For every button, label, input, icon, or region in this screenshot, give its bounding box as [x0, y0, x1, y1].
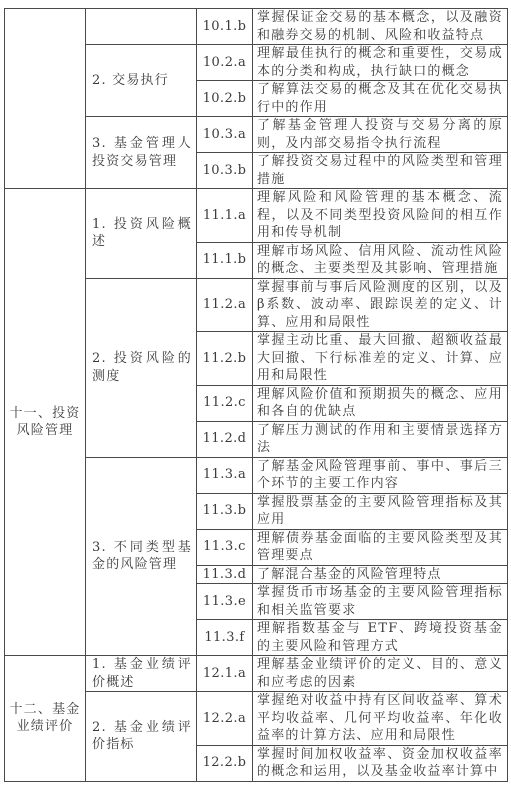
description-cell: 理解最佳执行的概念和重要性，交易成本的分类和构成，执行缺口的概念 [253, 45, 508, 81]
description-cell: 理解市场风险、信用风险、流动性风险的概念、主要类型及其影响、管理措施 [253, 242, 508, 278]
code-cell: 12.2.b [197, 745, 253, 781]
description-cell: 掌握保证金交易的基本概念，以及融资和融券交易的机制、风险和收益特点 [253, 9, 508, 45]
description-cell: 了解投资交易过程中的风险类型和管理措施 [253, 153, 508, 189]
chapter-cell: 十二、基金业绩评价 [5, 656, 86, 782]
section-cell [86, 9, 197, 45]
description-cell: 理解基金业绩评价的定义、目的、意义和应考虑的因素 [253, 656, 508, 692]
code-cell: 10.1.b [197, 9, 253, 45]
section-cell: 2. 基金业绩评价指标 [86, 692, 197, 782]
description-cell: 掌握事前与事后风险测度的区别，以及β系数、波动率、跟踪误差的定义、计算、应用和局… [253, 278, 508, 332]
code-cell: 11.2.a [197, 278, 253, 332]
description-cell: 掌握时间加权收益率、资金加权收益率的概念和运用，以及基金收益率计算中 [253, 745, 508, 781]
section-cell: 1. 投资风险概述 [86, 189, 197, 279]
section-cell: 3. 不同类型基金的风险管理 [86, 457, 197, 656]
description-cell: 理解指数基金与 ETF、跨境投资基金的主要风险和管理方式 [253, 620, 508, 656]
description-cell: 掌握绝对收益中持有区间收益率、算术平均收益率、几何平均收益率、年化收益率的计算方… [253, 692, 508, 746]
table-row: 10.1.b掌握保证金交易的基本概念，以及融资和融券交易的机制、风险和收益特点 [5, 9, 508, 45]
description-cell: 掌握主动比重、最大回撤、超额收益最大回撤、下行标准差的定义、计算、应用和局限性 [253, 332, 508, 386]
code-cell: 11.2.b [197, 332, 253, 386]
table-row: 十一、投资风险管理1. 投资风险概述11.1.a理解风险和风险管理的基本概念、流… [5, 189, 508, 243]
description-cell: 了解压力测试的作用和主要情景选择方法 [253, 421, 508, 457]
description-cell: 理解债券基金面临的主要风险类型及其管理要点 [253, 529, 508, 565]
description-cell: 了解算法交易的概念及其在优化交易执行中的作用 [253, 81, 508, 117]
code-cell: 11.3.f [197, 620, 253, 656]
description-cell: 理解风险价值和预期损失的概念、应用和各自的优缺点 [253, 385, 508, 421]
code-cell: 10.3.b [197, 153, 253, 189]
section-cell: 2. 投资风险的测度 [86, 278, 197, 457]
code-cell: 11.2.c [197, 385, 253, 421]
code-cell: 11.1.a [197, 189, 253, 243]
code-cell: 11.3.e [197, 584, 253, 620]
syllabus-table-body: 10.1.b掌握保证金交易的基本概念，以及融资和融券交易的机制、风险和收益特点2… [5, 9, 508, 782]
code-cell: 11.1.b [197, 242, 253, 278]
description-cell: 了解基金风险管理事前、事中、事后三个环节的主要工作内容 [253, 457, 508, 493]
code-cell: 10.2.b [197, 81, 253, 117]
code-cell: 11.3.b [197, 493, 253, 529]
code-cell: 11.2.d [197, 421, 253, 457]
document-page: 10.1.b掌握保证金交易的基本概念，以及融资和融券交易的机制、风险和收益特点2… [0, 8, 511, 790]
chapter-cell [5, 9, 86, 189]
chapter-cell: 十一、投资风险管理 [5, 189, 86, 656]
description-cell: 掌握股票基金的主要风险管理指标及其应用 [253, 493, 508, 529]
code-cell: 10.2.a [197, 45, 253, 81]
description-cell: 理解风险和风险管理的基本概念、流程，以及不同类型投资风险间的相互作用和传导机制 [253, 189, 508, 243]
code-cell: 12.1.a [197, 656, 253, 692]
code-cell: 12.2.a [197, 692, 253, 746]
table-row: 十二、基金业绩评价1. 基金业绩评价概述12.1.a理解基金业绩评价的定义、目的… [5, 656, 508, 692]
code-cell: 11.3.d [197, 565, 253, 584]
code-cell: 11.3.a [197, 457, 253, 493]
code-cell: 10.3.a [197, 117, 253, 153]
syllabus-table: 10.1.b掌握保证金交易的基本概念，以及融资和融券交易的机制、风险和收益特点2… [4, 8, 508, 782]
description-cell: 掌握货币市场基金的主要风险管理指标和相关监管要求 [253, 584, 508, 620]
description-cell: 了解基金管理人投资与交易分离的原则，及内部交易指令执行流程 [253, 117, 508, 153]
description-cell: 了解混合基金的风险管理特点 [253, 565, 508, 584]
section-cell: 2. 交易执行 [86, 45, 197, 117]
code-cell: 11.3.c [197, 529, 253, 565]
section-cell: 3. 基金管理人投资交易管理 [86, 117, 197, 189]
section-cell: 1. 基金业绩评价概述 [86, 656, 197, 692]
